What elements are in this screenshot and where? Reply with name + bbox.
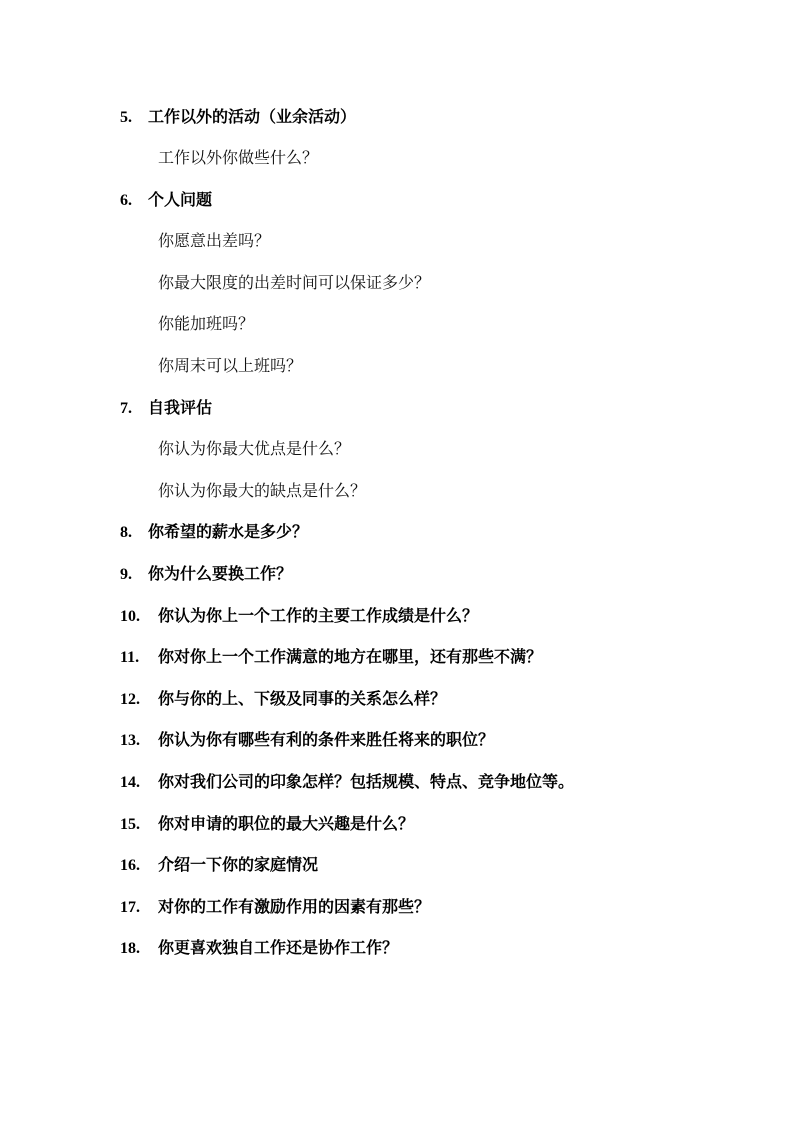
item-number: 8.: [120, 523, 148, 543]
question-10: 10.你认为你上一个工作的主要工作成绩是什么？: [120, 606, 478, 627]
question-8: 8.你希望的薪水是多少？: [120, 522, 308, 543]
item-text: 你希望的薪水是多少？: [148, 522, 308, 541]
item-number: 14.: [120, 773, 158, 793]
sub-question: 你能加班吗？: [158, 314, 254, 334]
document-page: 5.工作以外的活动（业余活动） 工作以外你做些什么？ 6.个人问题 你愿意出差吗…: [0, 0, 793, 1122]
sub-question: 你认为你最大优点是什么？: [158, 439, 350, 459]
question-12: 12.你与你的上、下级及同事的关系怎么样？: [120, 689, 446, 710]
section-heading-5: 5.工作以外的活动（业余活动）: [120, 107, 356, 128]
item-number: 5.: [120, 108, 148, 128]
sub-question: 你周末可以上班吗？: [158, 356, 302, 376]
item-text: 你对申请的职位的最大兴趣是什么？: [158, 814, 414, 833]
item-text: 你更喜欢独自工作还是协作工作？: [158, 938, 398, 957]
item-text: 你为什么要换工作？: [148, 564, 292, 583]
item-number: 12.: [120, 690, 158, 710]
sub-question: 你认为你最大的缺点是什么？: [158, 481, 366, 501]
section-heading-7: 7.自我评估: [120, 398, 212, 419]
item-number: 13.: [120, 731, 158, 751]
item-number: 18.: [120, 939, 158, 959]
item-number: 10.: [120, 607, 158, 627]
item-number: 9.: [120, 565, 148, 585]
question-17: 17.对你的工作有激励作用的因素有那些？: [120, 897, 430, 918]
sub-question: 工作以外你做些什么？: [158, 148, 318, 168]
question-13: 13.你认为你有哪些有利的条件来胜任将来的职位？: [120, 730, 494, 751]
sub-question: 你最大限度的出差时间可以保证多少？: [158, 273, 430, 293]
section-heading-6: 6.个人问题: [120, 190, 212, 211]
item-number: 7.: [120, 399, 148, 419]
item-text: 你对你上一个工作满意的地方在哪里，还有那些不满？: [158, 647, 542, 666]
question-14: 14.你对我们公司的印象怎样？包括规模、特点、竞争地位等。: [120, 772, 574, 793]
item-number: 16.: [120, 856, 158, 876]
item-text: 对你的工作有激励作用的因素有那些？: [158, 897, 430, 916]
question-18: 18.你更喜欢独自工作还是协作工作？: [120, 938, 398, 959]
item-text: 你认为你有哪些有利的条件来胜任将来的职位？: [158, 730, 494, 749]
item-number: 11.: [120, 648, 158, 668]
question-11: 11.你对你上一个工作满意的地方在哪里，还有那些不满？: [120, 647, 542, 668]
question-16: 16.介绍一下你的家庭情况: [120, 855, 318, 876]
item-text: 你与你的上、下级及同事的关系怎么样？: [158, 689, 446, 708]
item-number: 17.: [120, 898, 158, 918]
sub-question: 你愿意出差吗？: [158, 231, 270, 251]
item-text: 介绍一下你的家庭情况: [158, 855, 318, 874]
item-text: 自我评估: [148, 398, 212, 417]
item-number: 15.: [120, 815, 158, 835]
item-number: 6.: [120, 191, 148, 211]
question-9: 9.你为什么要换工作？: [120, 564, 292, 585]
item-text: 个人问题: [148, 190, 212, 209]
question-15: 15.你对申请的职位的最大兴趣是什么？: [120, 814, 414, 835]
item-text: 工作以外的活动（业余活动）: [148, 107, 356, 126]
item-text: 你认为你上一个工作的主要工作成绩是什么？: [158, 606, 478, 625]
item-text: 你对我们公司的印象怎样？包括规模、特点、竞争地位等。: [158, 772, 574, 791]
